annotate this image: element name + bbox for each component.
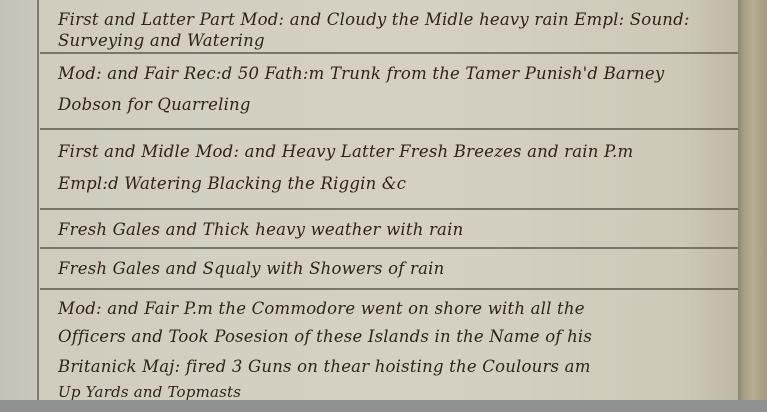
entry-6-line-3: Britanick Maj: fired 3 Guns on thear hoi… bbox=[58, 357, 591, 376]
entry-3-line-1: First and Midle Mod: and Heavy Latter Fr… bbox=[58, 142, 633, 161]
page-edge-binding bbox=[738, 0, 767, 412]
entry-1-line-2: Surveying and Watering bbox=[58, 31, 265, 50]
entry-6-line-4: Up Yards and Topmasts bbox=[58, 383, 241, 401]
entry-2-line-2: Dobson for Quarreling bbox=[58, 95, 251, 114]
ruled-line bbox=[40, 52, 738, 54]
entry-6-line-1: Mod: and Fair P.m the Commodore went on … bbox=[58, 299, 585, 318]
ruled-line bbox=[40, 288, 738, 290]
ruled-line bbox=[40, 247, 738, 249]
entry-5-line-1: Fresh Gales and Squaly with Showers of r… bbox=[58, 259, 444, 278]
left-margin bbox=[0, 0, 37, 402]
entry-3-line-2: Empl:d Watering Blacking the Riggin &c bbox=[58, 174, 406, 193]
entry-6-line-2: Officers and Took Posesion of these Isla… bbox=[58, 327, 592, 346]
entry-1-line-1: First and Latter Part Mod: and Cloudy th… bbox=[58, 10, 690, 29]
page-bottom-shadow bbox=[0, 400, 767, 412]
ruled-line bbox=[40, 208, 738, 210]
margin-rule bbox=[37, 0, 39, 402]
logbook-page: First and Latter Part Mod: and Cloudy th… bbox=[0, 0, 742, 402]
ruled-line bbox=[40, 128, 738, 130]
entry-2-line-1: Mod: and Fair Rec:d 50 Fath:m Trunk from… bbox=[58, 64, 664, 83]
entry-4-line-1: Fresh Gales and Thick heavy weather with… bbox=[58, 220, 463, 239]
